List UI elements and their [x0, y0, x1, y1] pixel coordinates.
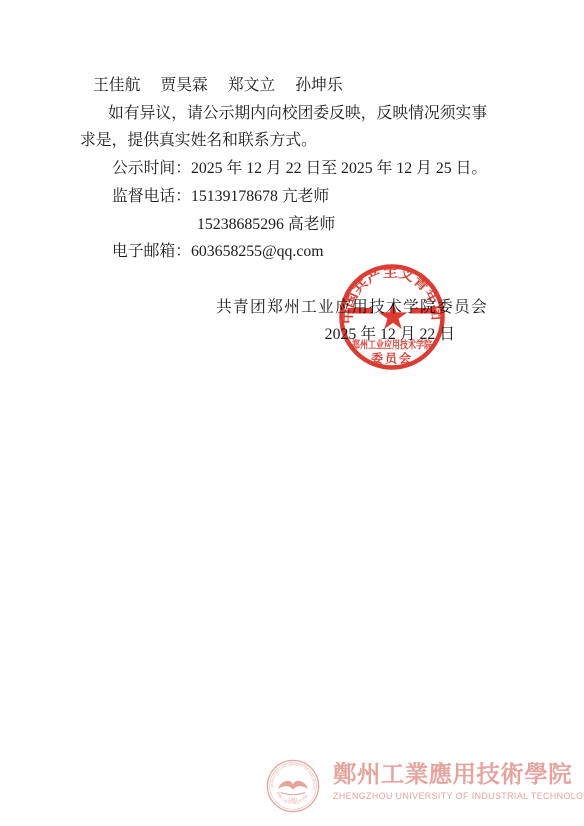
- blank-line: [80, 266, 488, 294]
- notice-body: 王佳航 贾昊霖 郑文立 孙坤乐 如有异议，请公示期内向校团委反映，反映情况须实事…: [80, 72, 488, 349]
- supervision-phone-line2: 15238685296 高老师: [80, 211, 488, 239]
- signature-date: 2025 年 12 月 22 日: [80, 321, 488, 349]
- candidate-name: 王佳航: [93, 72, 140, 100]
- signature-organization: 共青团郑州工业应用技术学院委员会: [80, 294, 488, 322]
- university-name-block: 鄭州工業應用技術學院 ZHENGZHOU UNIVERSITY OF INDUS…: [333, 759, 584, 801]
- badge-book-underline: [281, 793, 305, 795]
- email-line: 电子邮箱：603658255@qq.com: [80, 238, 488, 266]
- university-name-english: ZHENGZHOU UNIVERSITY OF INDUSTRIAL TECHN…: [333, 791, 584, 801]
- candidate-names-line: 王佳航 贾昊霖 郑文立 孙坤乐: [80, 72, 488, 100]
- objection-paragraph-line1: 如有异议，请公示期内向校团委反映，反映情况须实事: [80, 100, 488, 128]
- university-badge-icon: ZHENGZHOU UNIVERSITY OF INDUSTRIAL TECHN…: [266, 759, 320, 813]
- document-page: 王佳航 贾昊霖 郑文立 孙坤乐 如有异议，请公示期内向校团委反映，反映情况须实事…: [0, 0, 584, 826]
- seal-committee-label: 委员会: [371, 351, 413, 366]
- university-name-chinese: 鄭州工業應用技術學院: [333, 762, 584, 788]
- objection-paragraph-line2: 求是，提供真实姓名和联系方式。: [80, 127, 488, 155]
- candidate-name: 贾昊霖: [160, 72, 207, 100]
- supervision-phone-line1: 监督电话：15139178678 亢老师: [80, 183, 488, 211]
- candidate-name: 孙坤乐: [295, 72, 342, 100]
- candidate-name: 郑文立: [228, 72, 275, 100]
- university-footer-logo: ZHENGZHOU UNIVERSITY OF INDUSTRIAL TECHN…: [266, 759, 584, 813]
- publicity-time-line: 公示时间：2025 年 12 月 22 日至 2025 年 12 月 25 日。: [80, 155, 488, 183]
- badge-open-book-icon: [278, 781, 308, 790]
